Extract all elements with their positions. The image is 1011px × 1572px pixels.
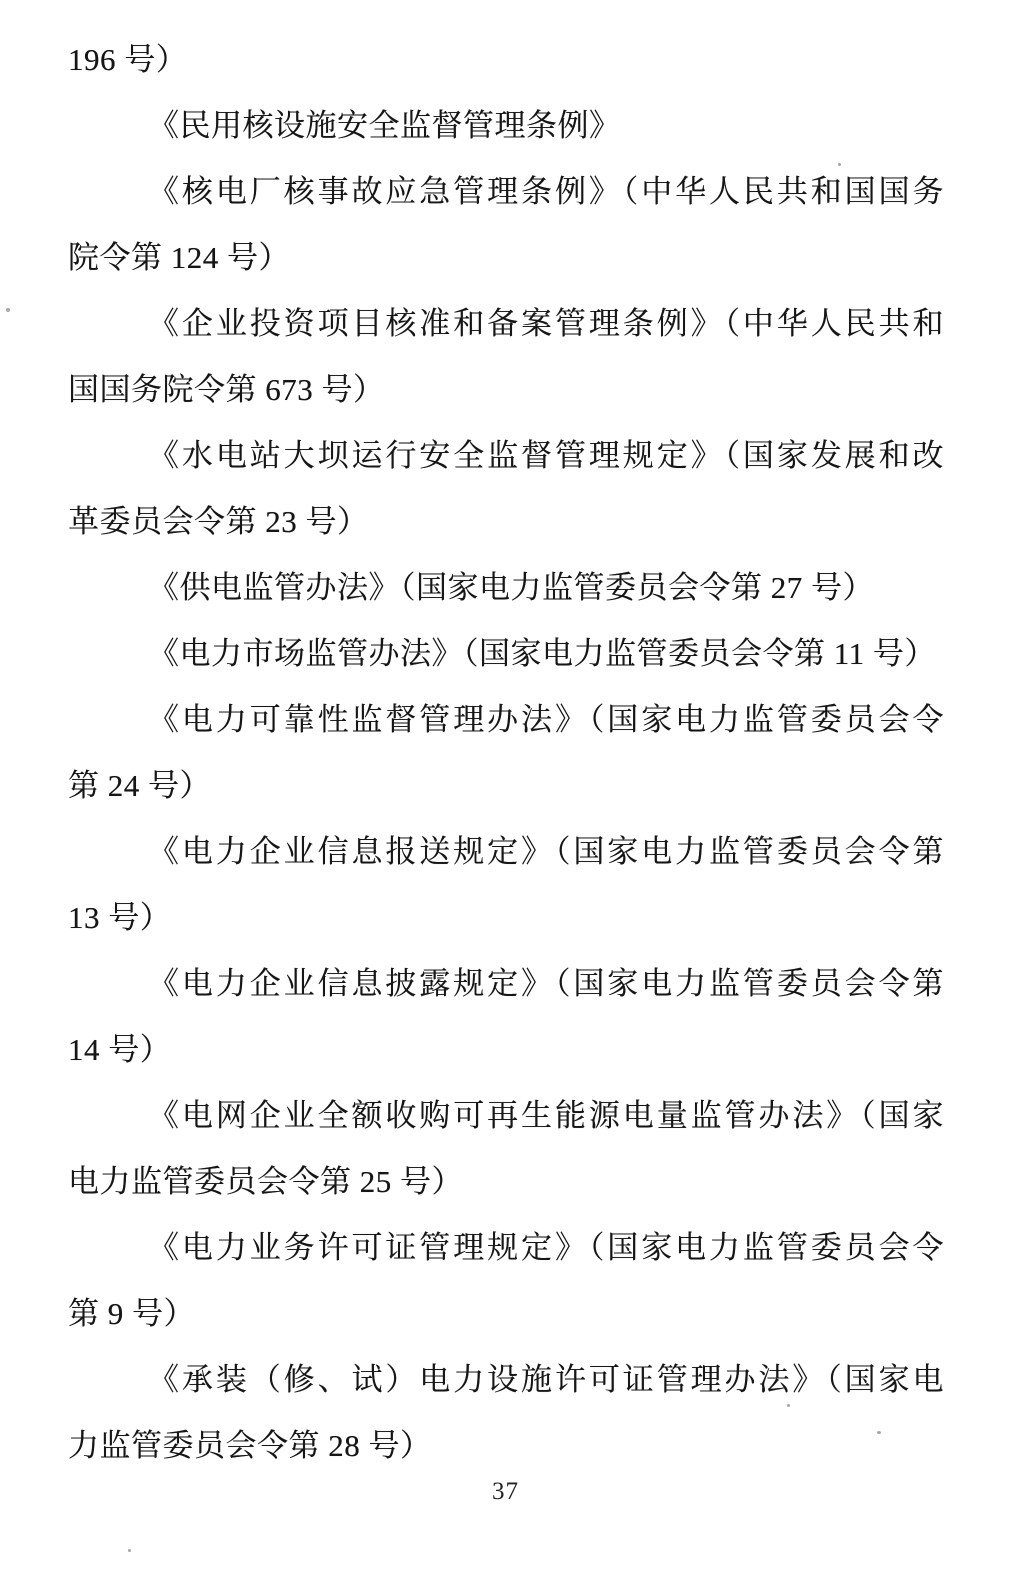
scan-speck (6, 308, 10, 312)
regulation-line: 革委员会令第 23 号） (68, 489, 944, 555)
regulation-line: 《电力企业信息报送规定》（国家电力监管委员会令第 (68, 819, 944, 885)
regulation-line: 196 号） (68, 27, 944, 93)
regulation-line: 13 号） (68, 885, 944, 951)
regulation-line: 《民用核设施安全监督管理条例》 (68, 93, 944, 159)
regulation-line: 《电力可靠性监督管理办法》（国家电力监管委员会令 (68, 687, 944, 753)
regulation-line: 《核电厂核事故应急管理条例》（中华人民共和国国务 (68, 159, 944, 225)
regulation-line: 第 9 号） (68, 1281, 944, 1347)
regulation-line: 《电网企业全额收购可再生能源电量监管办法》（国家 (68, 1083, 944, 1149)
scan-speck (128, 1549, 131, 1552)
regulation-line: 《电力业务许可证管理规定》（国家电力监管委员会令 (68, 1215, 944, 1281)
regulation-line: 《企业投资项目核准和备案管理条例》（中华人民共和 (68, 291, 944, 357)
page-number: 37 (0, 1478, 1011, 1506)
regulation-line: 第 24 号） (68, 753, 944, 819)
document-body: 196 号）《民用核设施安全监督管理条例》《核电厂核事故应急管理条例》（中华人民… (68, 27, 944, 1479)
regulation-line: 力监管委员会令第 28 号） (68, 1413, 944, 1479)
regulation-line: 《承装（修、试）电力设施许可证管理办法》（国家电 (68, 1347, 944, 1413)
document-page: 196 号）《民用核设施安全监督管理条例》《核电厂核事故应急管理条例》（中华人民… (0, 0, 1011, 1572)
regulation-line: 电力监管委员会令第 25 号） (68, 1149, 944, 1215)
regulation-line: 《电力企业信息披露规定》（国家电力监管委员会令第 (68, 951, 944, 1017)
regulation-line: 国国务院令第 673 号） (68, 357, 944, 423)
regulation-line: 《供电监管办法》（国家电力监管委员会令第 27 号） (68, 555, 944, 621)
regulation-line: 院令第 124 号） (68, 225, 944, 291)
regulation-line: 14 号） (68, 1017, 944, 1083)
regulation-line: 《水电站大坝运行安全监督管理规定》（国家发展和改 (68, 423, 944, 489)
scan-speck (787, 1404, 790, 1407)
scan-speck (838, 163, 841, 166)
regulation-line: 《电力市场监管办法》（国家电力监管委员会令第 11 号） (68, 621, 944, 687)
scan-speck (877, 1431, 881, 1434)
